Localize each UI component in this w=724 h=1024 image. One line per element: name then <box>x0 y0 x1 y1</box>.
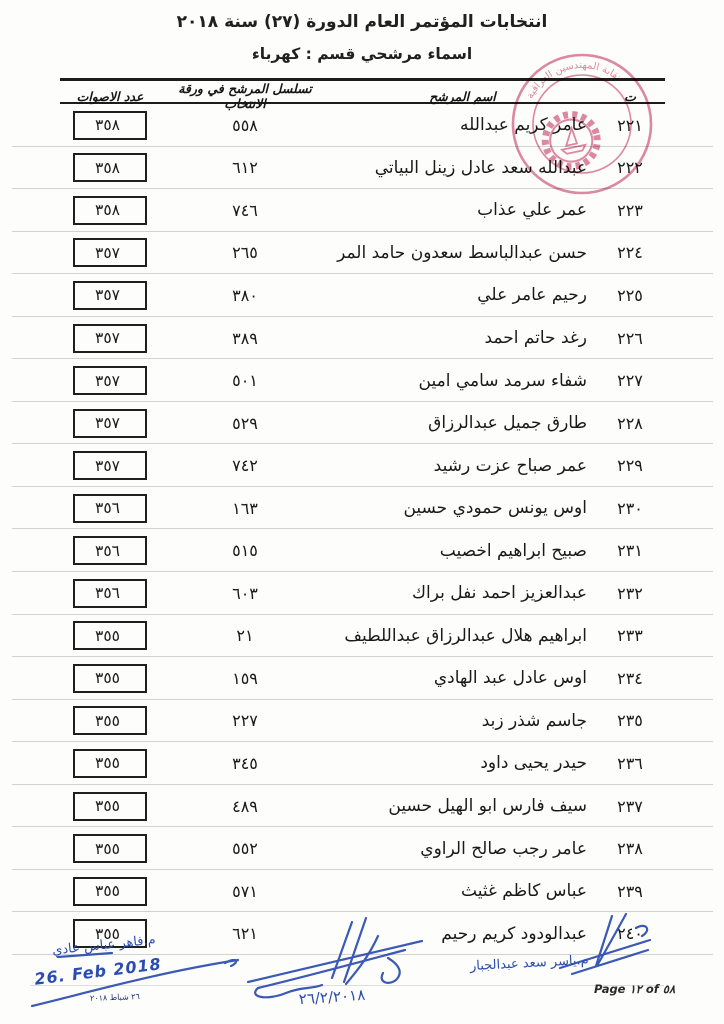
candidate-name-cell: عبدالودود كريم رحيم <box>330 924 595 944</box>
votes-box: ٣٥٦ <box>73 579 147 608</box>
header-name: اسم المرشح <box>330 89 595 104</box>
votes-cell: ٣٥٧ <box>60 366 160 395</box>
row-number-cell: ٢٢٤ <box>595 243 665 262</box>
votes-cell: ٣٥٨ <box>60 196 160 225</box>
votes-box: ٣٥٧ <box>73 451 147 480</box>
table-row: ٢٢٧ شفاء سرمد سامي امين ٥٠١ ٣٥٧ <box>60 359 665 402</box>
votes-cell: ٣٥٨ <box>60 153 160 182</box>
candidate-name-cell: عمر صباح عزت رشيد <box>330 456 595 476</box>
sequence-cell: ١٦٣ <box>160 499 330 518</box>
document-subtitle: اسماء مرشحي قسم : كهرباء <box>0 45 724 63</box>
row-number-cell: ٢٣٩ <box>595 882 665 901</box>
results-table: ت اسم المرشح تسلسل المرشح في ورقة الانتخ… <box>60 78 665 955</box>
row-number-cell: ٢٢٧ <box>595 371 665 390</box>
sequence-cell: ٥٥٨ <box>160 116 330 135</box>
table-header-row: ت اسم المرشح تسلسل المرشح في ورقة الانتخ… <box>60 78 665 104</box>
row-number-cell: ٢٣٠ <box>595 499 665 518</box>
row-number-cell: ٢٣٥ <box>595 711 665 730</box>
row-number-cell: ٢٣٨ <box>595 839 665 858</box>
votes-cell: ٣٥٧ <box>60 409 160 438</box>
table-row: ٢٢٣ عمر علي عذاب ٧٤٦ ٣٥٨ <box>60 189 665 232</box>
sequence-cell: ٣٤٥ <box>160 754 330 773</box>
header-votes: عدد الاصوات <box>60 89 160 104</box>
candidate-name-cell: اوس يونس حمودي حسين <box>330 498 595 518</box>
sequence-cell: ١٥٩ <box>160 669 330 688</box>
sequence-cell: ٣٨٠ <box>160 286 330 305</box>
sequence-cell: ٥٧١ <box>160 882 330 901</box>
votes-box: ٣٥٦ <box>73 536 147 565</box>
votes-box: ٣٥٥ <box>73 877 147 906</box>
candidate-name-cell: ابراهيم هلال عبدالرزاق عبداللطيف <box>330 626 595 646</box>
votes-cell: ٣٥٧ <box>60 451 160 480</box>
table-row: ٢٣٥ جاسم شذر زبد ٢٢٧ ٣٥٥ <box>60 700 665 743</box>
candidate-name-cell: طارق جميل عبدالرزاق <box>330 413 595 433</box>
row-number-cell: ٢٣١ <box>595 541 665 560</box>
votes-box: ٣٥٧ <box>73 281 147 310</box>
votes-cell: ٣٥٥ <box>60 834 160 863</box>
candidate-name-cell: سيف فارس ابو الهيل حسين <box>330 796 595 816</box>
signature-stroke <box>258 950 405 988</box>
sequence-cell: ٤٨٩ <box>160 797 330 816</box>
votes-box: ٣٥٧ <box>73 238 147 267</box>
votes-cell: ٣٥٥ <box>60 621 160 650</box>
candidate-name-cell: عباس كاظم غثيث <box>330 881 595 901</box>
votes-cell: ٣٥٧ <box>60 324 160 353</box>
votes-box: ٣٥٥ <box>73 706 147 735</box>
document-title: انتخابات المؤتمر العام الدورة (٢٧) سنة ٢… <box>0 12 724 32</box>
table-row: ٢٢١ عامر كريم عبدالله ٥٥٨ ٣٥٨ <box>60 104 665 147</box>
table-row: ٢٢٢ عبدالله سعد عادل زينل البياتي ٦١٢ ٣٥… <box>60 147 665 190</box>
table-row: ٢٣٤ اوس عادل عبد الهادي ١٥٩ ٣٥٥ <box>60 657 665 700</box>
table-row: ٢٢٥ رحيم عامر علي ٣٨٠ ٣٥٧ <box>60 274 665 317</box>
row-number-cell: ٢٣٦ <box>595 754 665 773</box>
candidate-name-cell: عامر رجب صالح الراوي <box>330 839 595 859</box>
sequence-cell: ٧٤٢ <box>160 456 330 475</box>
sequence-cell: ٣٨٩ <box>160 329 330 348</box>
votes-box: ٣٥٨ <box>73 111 147 140</box>
row-number-cell: ٢٢٢ <box>595 158 665 177</box>
votes-box: ٣٥٧ <box>73 366 147 395</box>
row-number-cell: ٢٣٧ <box>595 797 665 816</box>
row-number-cell: ٢٤٠ <box>595 924 665 943</box>
votes-cell: ٣٥٧ <box>60 238 160 267</box>
candidate-name-cell: رحيم عامر علي <box>330 285 595 305</box>
sequence-cell: ٦٢١ <box>160 924 330 943</box>
candidate-name-cell: عبدالعزيز احمد نفل براك <box>330 583 595 603</box>
table-row: ٢٣٠ اوس يونس حمودي حسين ١٦٣ ٣٥٦ <box>60 487 665 530</box>
row-number-cell: ٢٢٩ <box>595 456 665 475</box>
sequence-cell: ٢٢٧ <box>160 711 330 730</box>
row-number-cell: ٢٣٤ <box>595 669 665 688</box>
votes-cell: ٣٥٥ <box>60 877 160 906</box>
votes-cell: ٣٥٧ <box>60 281 160 310</box>
table-row: ٢٣٣ ابراهيم هلال عبدالرزاق عبداللطيف ٢١ … <box>60 615 665 658</box>
candidate-name-cell: جاسم شذر زبد <box>330 711 595 731</box>
table-row: ٢٣٦ حيدر يحيى داود ٣٤٥ ٣٥٥ <box>60 742 665 785</box>
signature-stroke <box>382 958 400 983</box>
table-row: ٢٢٨ طارق جميل عبدالرزاق ٥٢٩ ٣٥٧ <box>60 402 665 445</box>
votes-box: ٣٥٥ <box>73 664 147 693</box>
sequence-cell: ٥٥٢ <box>160 839 330 858</box>
votes-box: ٣٥٥ <box>73 621 147 650</box>
signature-left-date-arabic: ٢٦ شباط ٢٠١٨ <box>90 992 140 1003</box>
sequence-cell: ٥١٥ <box>160 541 330 560</box>
table-body: ٢٢١ عامر كريم عبدالله ٥٥٨ ٣٥٨ ٢٢٢ عبدالل… <box>60 104 665 955</box>
candidate-name-cell: عامر كريم عبدالله <box>330 115 595 135</box>
votes-cell: ٣٥٨ <box>60 111 160 140</box>
votes-cell: ٣٥٥ <box>60 792 160 821</box>
row-number-cell: ٢٢٨ <box>595 414 665 433</box>
row-number-cell: ٢٣٢ <box>595 584 665 603</box>
candidate-name-cell: حيدر يحيى داود <box>330 753 595 773</box>
votes-cell: ٣٥٥ <box>60 664 160 693</box>
row-number-cell: ٢٣٣ <box>595 626 665 645</box>
row-number-cell: ٢٢٣ <box>595 201 665 220</box>
footer-divider-line <box>30 985 664 986</box>
table-row: ٢٣٨ عامر رجب صالح الراوي ٥٥٢ ٣٥٥ <box>60 827 665 870</box>
votes-box: ٣٥٨ <box>73 153 147 182</box>
candidate-name-cell: اوس عادل عبد الهادي <box>330 668 595 688</box>
table-row: ٢٢٩ عمر صباح عزت رشيد ٧٤٢ ٣٥٧ <box>60 444 665 487</box>
row-number-cell: ٢٢١ <box>595 116 665 135</box>
sequence-cell: ٧٤٦ <box>160 201 330 220</box>
table-row: ٢٣٩ عباس كاظم غثيث ٥٧١ ٣٥٥ <box>60 870 665 913</box>
votes-box: ٣٥٦ <box>73 494 147 523</box>
votes-box: ٣٥٧ <box>73 409 147 438</box>
table-row: ٢٣١ صبيح ابراهيم اخصيب ٥١٥ ٣٥٦ <box>60 529 665 572</box>
sequence-cell: ٦١٢ <box>160 158 330 177</box>
candidate-name-cell: رغد حاتم احمد <box>330 328 595 348</box>
votes-box: ٣٥٧ <box>73 324 147 353</box>
sequence-cell: ٥٠١ <box>160 371 330 390</box>
votes-box: ٣٥٥ <box>73 834 147 863</box>
votes-cell: ٣٥٦ <box>60 494 160 523</box>
scanned-election-document: انتخابات المؤتمر العام الدورة (٢٧) سنة ٢… <box>0 0 724 1024</box>
votes-box: ٣٥٨ <box>73 196 147 225</box>
candidate-name-cell: شفاء سرمد سامي امين <box>330 371 595 391</box>
candidate-name-cell: عبدالله سعد عادل زينل البياتي <box>330 158 595 178</box>
table-row: ٢٢٦ رغد حاتم احمد ٣٨٩ ٣٥٧ <box>60 317 665 360</box>
table-row: ٢٣٢ عبدالعزيز احمد نفل براك ٦٠٣ ٣٥٦ <box>60 572 665 615</box>
table-row: ٢٢٤ حسن عبدالباسط سعدون حامد المر ٢٦٥ ٣٥… <box>60 232 665 275</box>
sequence-cell: ٢٦٥ <box>160 243 330 262</box>
page-number-label: Page ١٢ of ٥٨ <box>594 982 675 996</box>
votes-box: ٣٥٥ <box>73 749 147 778</box>
sequence-cell: ٥٢٩ <box>160 414 330 433</box>
votes-cell: ٣٥٥ <box>60 706 160 735</box>
sequence-cell: ٦٠٣ <box>160 584 330 603</box>
signature-right-name: م.ياسر سعد عبدالجبار <box>470 953 589 974</box>
signature-left-date: 26. Feb 2018 <box>33 954 162 988</box>
votes-cell: ٣٥٥ <box>60 749 160 778</box>
sequence-cell: ٢١ <box>160 626 330 645</box>
candidate-name-cell: عمر علي عذاب <box>330 200 595 220</box>
row-number-cell: ٢٢٦ <box>595 329 665 348</box>
header-no: ت <box>595 89 665 104</box>
candidate-name-cell: حسن عبدالباسط سعدون حامد المر <box>330 243 595 263</box>
signature-stroke <box>225 960 236 966</box>
votes-box: ٣٥٥ <box>73 792 147 821</box>
table-row: ٢٣٧ سيف فارس ابو الهيل حسين ٤٨٩ ٣٥٥ <box>60 785 665 828</box>
candidate-name-cell: صبيح ابراهيم اخصيب <box>330 541 595 561</box>
row-number-cell: ٢٢٥ <box>595 286 665 305</box>
votes-cell: ٣٥٦ <box>60 536 160 565</box>
votes-cell: ٣٥٦ <box>60 579 160 608</box>
